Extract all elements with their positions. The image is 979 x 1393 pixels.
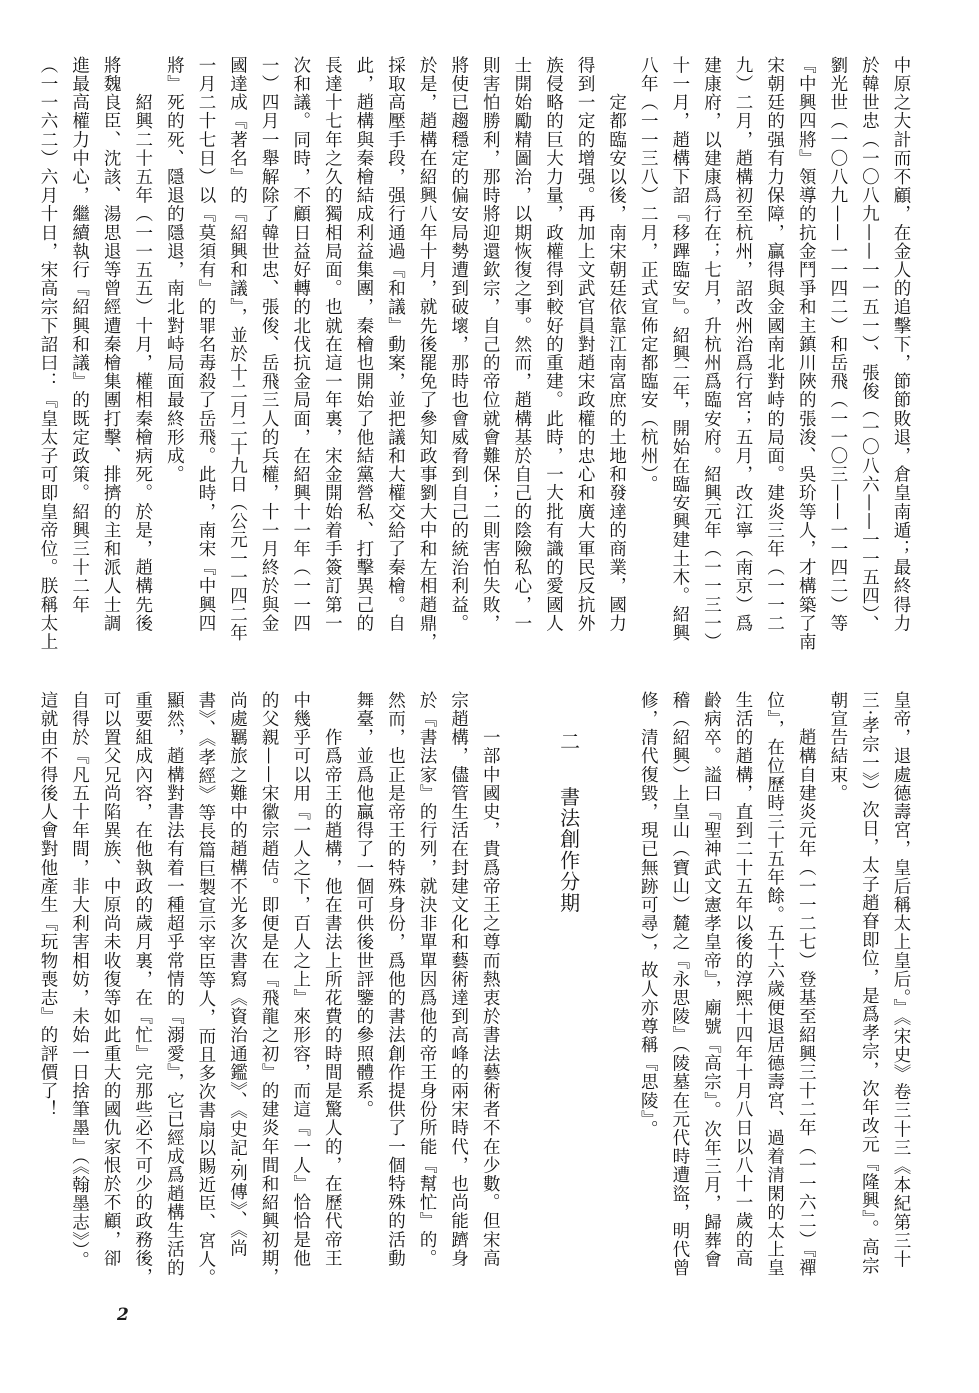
text-column: 書》、《孝經》等長篇巨製宣示宰臣等人，而且多次書扇以賜近臣、宮人。 [189, 691, 221, 1291]
text-column: 一）四月一舉解除了韓世忠、張俊、岳飛三人的兵權，十一月終於與金 [253, 56, 285, 656]
paragraph-start-column: 作爲帝王的趙構，他在書法上所花費的時間是驚人的，在歷代帝王 [316, 691, 348, 1291]
text-column: 齡病卒。謚曰『聖神武文憲孝皇帝』，廟號『高宗』。次年三月，歸葬會 [695, 691, 727, 1291]
text-column: 重要組成內容，在他執政的歲月裏，在『忙』完那些必不可少的政務後， [126, 691, 158, 1291]
text-column: 『中興四將』領導的抗金鬥爭和主鎮川陜的張浚、吳玠等人，才構築了南 [790, 56, 822, 656]
text-column: 舞臺，並爲他贏得了一個可供後世評鑒的參照體系。 [347, 691, 379, 1291]
text-column: 將使已趨穩定的偏安局勢遭到破壞，那時也會威脅到自己的統治利益。 [442, 56, 474, 656]
section-heading: 二書法創作分期 [505, 691, 631, 1291]
text-column: 中幾乎可以用『一人之下，百人之上』來形容，而這『一人』恰恰是他 [284, 691, 316, 1291]
text-column: 三·孝宗一》）次日，太子趙眘即位，是爲孝宗，次年改元『隆興』。高宗 [853, 691, 885, 1291]
section-number: 二 [557, 731, 581, 752]
paragraph-start-column: 趙構自建炎元年（一一二七）登基至紹興三十二年（一一六二）『禪 [790, 691, 822, 1291]
text-column: 得到一定的增强。再加上文武官員對趙宋政權的忠心和廣大軍民反抗外 [568, 56, 600, 656]
text-column: 可以置父兄尚陷異族、中原尚未收復等如此重大的國仇家恨於不顧，卻 [95, 691, 127, 1291]
lower-text-block: 皇帝，退處德壽宮，皇后稱太上皇后。』《宋史》卷三十三《本紀第三十 三·孝宗一》）… [31, 691, 916, 1291]
paragraph-start-column: 紹興二十五年（一一五五）十月，權相秦檜病死。於是，趙構先後 [126, 56, 158, 656]
paragraph-start-column: 定都臨安以後，南宋朝廷依靠江南富庶的土地和發達的商業，國力 [600, 56, 632, 656]
section-title: 書法創作分期 [557, 786, 581, 913]
text-column: 次和議。同時，不顧日益好轉的北伐抗金局面，在紹興十一年（一一四 [284, 56, 316, 656]
text-column: 生活的趙構，直到二十五年以後的淳熙十四年十月八日以八十一歲的高 [726, 691, 758, 1291]
page-number: 2 [117, 1305, 129, 1325]
text-column: 朝宣告結束。 [821, 691, 853, 1291]
text-column: 中原之大計而不顧，在金人的追擊下，節節敗退，倉皇南遁；最終得力 [884, 56, 916, 656]
text-column: 長達十七年之久的獨相局面。也就在這一年裏，宋金開始着手簽訂第一 [316, 56, 348, 656]
text-column: 九）二月，趙構初至杭州，詔改州治爲行宮；五月，改江寧（南京）爲 [726, 56, 758, 656]
text-column: 位』，在位歷時三十五年餘。五十六歲便退居德壽宮、過着清閑的太上皇 [758, 691, 790, 1291]
text-column: 此，趙構與秦檜結成利益集團，秦檜也開始了他結黨營私、打擊異己的 [347, 56, 379, 656]
text-column: 八年（一一三八）二月，正式宣佈定都臨安（杭州）。 [632, 56, 664, 656]
text-column: 稽（紹興）上皇山（寶山）麓之『永思陵』（陵墓在元代時遭盜，明代曾 [663, 691, 695, 1291]
text-column: 的父親——宋徽宗趙佶。即便是在『飛龍之初』的建炎年間和紹興初期， [253, 691, 285, 1291]
text-column: 將魏良臣、沈該、湯思退等曾經遭秦檜集團打擊、排擠的主和派人士調 [95, 56, 127, 656]
text-column: （一一六二）六月十日，宋高宗下詔曰：『皇太子可即皇帝位。朕稱太上 [31, 56, 63, 656]
text-column: 採取高壓手段，强行通過『和議』動案，並把議和大權交給了秦檜。自 [379, 56, 411, 656]
text-column: 尚處羈旅之難中的趙構不光多次書寫《資治通鑑》、《史記·列傳》、《尚 [221, 691, 253, 1291]
text-column: 建康府，以建康爲行在；七月，升杭州爲臨安府。紹興元年（一一三一） [695, 56, 727, 656]
text-column: 族侵略的巨大力量，政權得到較好的重建。此時，一大批有識的愛國人 [537, 56, 569, 656]
text-column: 於韓世忠（一〇八九——一一五一）、張俊（一〇八六——一一五四）、 [853, 56, 885, 656]
paragraph-start-column: 一部中國史，貴爲帝王之尊而熱衷於書法藝術者不在少數。但宋高 [474, 691, 506, 1291]
text-column: 於『書法家』的行列，就決非單單因爲他的帝王身份所能『幫忙』的。 [410, 691, 442, 1291]
text-column: 這就由不得後人會對他產生『玩物喪志』的評價了！ [31, 691, 63, 1291]
text-column: 進最高權力中心，繼續執行『紹興和議』的既定政策。紹興三十二年 [63, 56, 95, 656]
text-column: 宗趙構，儘管生活在封建文化和藝術達到高峰的兩宋時代，也尚能躋身 [442, 691, 474, 1291]
text-column: 修，清代復毀，現已無跡可尋），故人亦尊稱『思陵』。 [632, 691, 664, 1291]
text-column: 宋朝廷的强有力保障，贏得與金國南北對峙的局面。建炎三年（一一二 [758, 56, 790, 656]
text-column: 士開始勵精圖治，以期恢復之事。然而，趙構基於自己的陰險私心，一 [505, 56, 537, 656]
text-column: 將』死的死、隱退的隱退，南北對峙局面最終形成。 [158, 56, 190, 656]
text-column: 十一月，趙構下詔『移蹕臨安』。紹興二年，開始在臨安興建土木。紹興 [663, 56, 695, 656]
text-column: 劉光世（一〇八九——一一四二）和岳飛（一一〇三——一一四二）等 [821, 56, 853, 656]
text-column: 顯然，趙構對書法有着一種超乎常情的『溺愛』，它已經成爲趙構生活的 [158, 691, 190, 1291]
text-column: 然而，也正是帝王的特殊身份，爲他的書法創作提供了一個特殊的活動 [379, 691, 411, 1291]
text-column: 一月二十七日）以『莫須有』的罪名毒殺了岳飛。此時，南宋『中興四 [189, 56, 221, 656]
text-column: 皇帝，退處德壽宮，皇后稱太上皇后。』《宋史》卷三十三《本紀第三十 [884, 691, 916, 1291]
text-column: 國達成『著名』的『紹興和議』，並於十二月二十九日（公元一一四二年 [221, 56, 253, 656]
upper-text-block: 中原之大計而不顧，在金人的追擊下，節節敗退，倉皇南遁；最終得力 於韓世忠（一〇八… [31, 56, 916, 656]
text-column: 則害怕勝利，那時將迎還欽宗，自己的帝位就會難保；二則害怕失敗， [474, 56, 506, 656]
text-column: 自得於『凡五十年間，非大利害相妨，未始一日捨筆墨』（《翰墨志》）。 [63, 691, 95, 1291]
text-column: 於是，趙構在紹興八年十月，就先後罷免了參知政事劉大中和左相趙鼎， [411, 56, 443, 656]
